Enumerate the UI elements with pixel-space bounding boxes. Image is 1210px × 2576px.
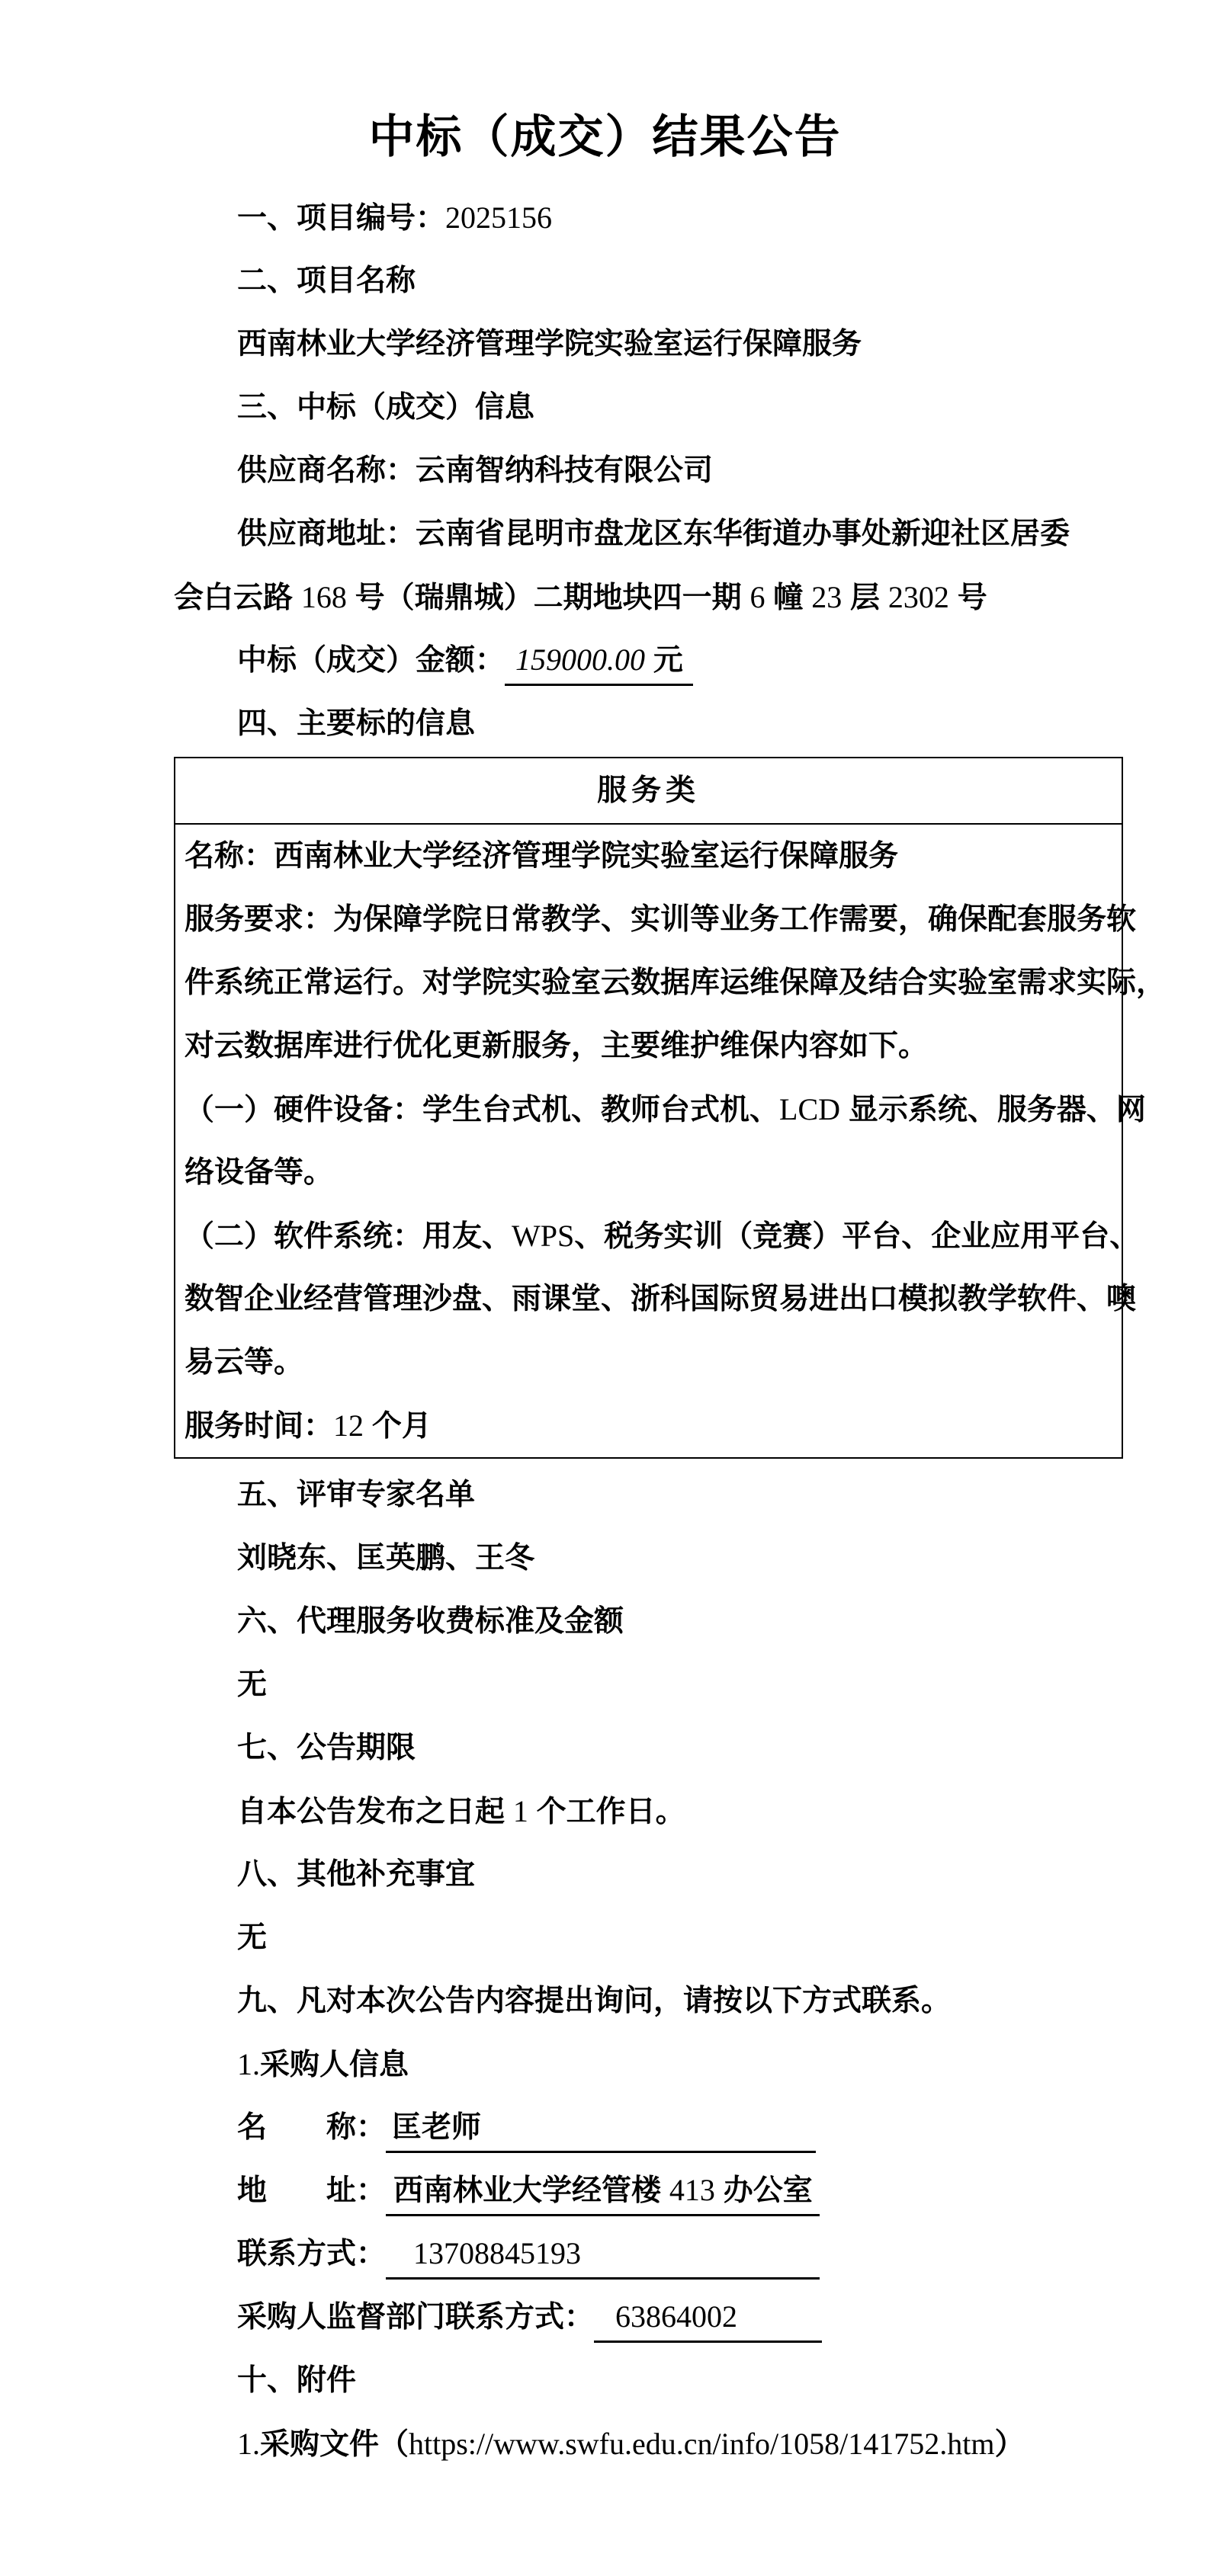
contact-phone-underline: 13708845193 [386,2231,820,2280]
text-segment: 23 [811,580,842,614]
text-segment: 2302 [888,580,949,614]
contact-address-underline: 西南林业大学经管楼 413 办公室 [386,2167,820,2216]
line-main-subject-heading: 四、主要标的信息 [174,692,1180,755]
table-line-software-1: （二）软件系统：用友、WPS、税务实训（竞赛）平台、企业应用平台、 [185,1204,1112,1267]
text-segment: 一、项目编号： [237,202,445,235]
text-segment: 五、评审专家名单 [237,1479,475,1511]
text-segment: 1. [237,2047,260,2081]
text-segment: 服务要求：为保障学院日常教学、实训等业务工作需要，确保配套服务软 [185,903,1136,936]
line-award-info-heading: 三、中标（成交）信息 [174,376,1180,439]
line-supplier-name: 供应商名称：云南智纳科技有限公司 [174,439,1180,502]
line-supervisor-phone: 采购人监督部门联系方式：63864002 [174,2286,1180,2349]
text-segment: 匡老师 [386,2111,481,2144]
table-line-hardware-2: 络设备等。 [185,1141,1112,1204]
line-contact-address: 地 址：西南林业大学经管楼 413 办公室 [174,2159,1180,2222]
text-segment: 6 [750,580,765,614]
table-body-cell: 名称：西南林业大学经济管理学院实验室运行保障服务服务要求：为保障学院日常教学、实… [175,825,1122,1457]
text-segment: 13708845193 [386,2236,581,2270]
text-segment: WPS [512,1219,574,1253]
text-segment: 号（瑞鼎城）二期地块四一期 [347,582,750,614]
table-line-requirement-1: 服务要求：为保障学院日常教学、实训等业务工作需要，确保配套服务软 [185,888,1112,951]
line-contact-name: 名 称：匡老师 [174,2096,1180,2159]
document-body-top: 一、项目编号：2025156二、项目名称西南林业大学经济管理学院实验室运行保障服… [174,186,1180,755]
text-segment: 无 [237,1668,267,1701]
text-segment: 采购文件（ [260,2428,409,2461]
line-other-matters-none: 无 [174,1906,1180,1969]
text-segment: ） [995,2428,1025,2461]
line-announcement-period-heading: 七、公告期限 [174,1716,1180,1780]
text-segment: 159000.00 [505,642,645,677]
text-segment: 个月 [364,1410,432,1443]
text-segment: 1 [513,1794,528,1828]
text-segment: 、税务实训（竞赛）平台、企业应用平台、 [574,1220,1139,1253]
table-header-cell: 服务类 [175,758,1122,825]
line-purchaser-info-heading: 1.采购人信息 [174,2033,1180,2096]
text-segment: 件系统正常运行。对学院实验室云数据库运维保障及结合实验室需求实际， [185,966,1166,999]
text-segment: 七、公告期限 [237,1732,416,1764]
table-line-requirement-2: 件系统正常运行。对学院实验室云数据库运维保障及结合实验室需求实际， [185,951,1112,1014]
line-agency-fee-heading: 六、代理服务收费标准及金额 [174,1590,1180,1653]
line-project-number: 一、项目编号：2025156 [174,186,1180,249]
text-segment: 地 址： [237,2174,386,2207]
line-contact-phone: 联系方式：13708845193 [174,2222,1180,2286]
text-segment: 易云等。 [185,1346,303,1379]
text-segment: 供应商地址：云南省昆明市盘龙区东华街道办事处新迎社区居委 [237,517,1070,550]
text-segment: （二）软件系统：用友、 [185,1220,512,1253]
text-segment: 络设备等。 [185,1156,333,1189]
text-segment: 二、项目名称 [237,264,416,297]
text-segment: 元 [645,644,683,677]
text-segment: 个工作日。 [528,1796,685,1828]
text-segment: 2025156 [445,200,552,235]
text-segment: 服务时间： [185,1410,333,1443]
text-segment: 名 称： [237,2111,386,2144]
text-segment: https://www.swfu.edu.cn/info/1058/141752… [409,2427,994,2461]
table-line-hardware-1: （一）硬件设备：学生台式机、教师台式机、LCD 显示系统、服务器、网 [185,1078,1112,1141]
table-line-software-3: 易云等。 [185,1331,1112,1394]
text-segment: 自本公告发布之日起 [237,1796,513,1828]
supervisor-phone-underline: 63864002 [594,2294,822,2343]
text-segment: 西南林业大学经管楼 [386,2174,669,2207]
page-title: 中标（成交）结果公告 [0,99,1210,175]
line-other-matters-heading: 八、其他补充事宜 [174,1843,1180,1906]
text-segment: 采购人监督部门联系方式： [237,2301,594,2334]
text-segment: 幢 [765,582,812,614]
text-segment: 九、凡对本次公告内容提出询问，请按以下方式联系。 [237,1985,951,2017]
line-supplier-address-1: 供应商地址：云南省昆明市盘龙区东华街道办事处新迎社区居委 [174,502,1180,566]
table-line-service-period: 服务时间：12 个月 [185,1394,1112,1457]
line-inquiry-heading: 九、凡对本次公告内容提出询问，请按以下方式联系。 [174,1969,1180,2033]
text-segment: 数智企业经营管理沙盘、雨课堂、浙科国际贸易进出口模拟教学软件、噢 [185,1283,1136,1315]
table-line-requirement-3: 对云数据库进行优化更新服务，主要维护维保内容如下。 [185,1014,1112,1078]
line-project-name: 西南林业大学经济管理学院实验室运行保障服务 [174,312,1180,376]
text-segment: 无 [237,1921,267,1954]
text-segment: 办公室 [715,2174,813,2207]
line-experts-names: 刘晓东、匡英鹏、王冬 [174,1527,1180,1590]
line-supplier-address-2: 会白云路 168 号（瑞鼎城）二期地块四一期 6 幢 23 层 2302 号 [174,566,1180,629]
text-segment: 1. [237,2427,260,2461]
text-segment: 名称：西南林业大学经济管理学院实验室运行保障服务 [185,840,898,873]
text-segment: 三、中标（成交）信息 [237,391,534,424]
text-segment: 中标（成交）金额： [237,644,505,677]
line-project-name-heading: 二、项目名称 [174,249,1180,312]
text-segment: （一）硬件设备：学生台式机、教师台式机、 [185,1094,779,1126]
line-announcement-period: 自本公告发布之日起 1 个工作日。 [174,1780,1180,1843]
text-segment: 63864002 [594,2299,737,2334]
text-segment: 采购人信息 [260,2049,409,2081]
award-amount-underline: 159000.00 元 [505,637,693,686]
text-segment: 六、代理服务收费标准及金额 [237,1605,624,1638]
line-attachment-heading: 十、附件 [174,2349,1180,2412]
table-line-name: 名称：西南林业大学经济管理学院实验室运行保障服务 [185,825,1112,888]
text-segment: 12 [333,1408,364,1443]
text-segment: 十、附件 [237,2364,356,2397]
text-segment: 供应商名称：云南智纳科技有限公司 [237,454,713,487]
text-segment: 西南林业大学经济管理学院实验室运行保障服务 [237,328,862,360]
text-segment: 八、其他补充事宜 [237,1858,475,1891]
text-segment: 层 [842,582,888,614]
table-line-software-2: 数智企业经营管理沙盘、雨课堂、浙科国际贸易进出口模拟教学软件、噢 [185,1267,1112,1331]
text-segment: 对云数据库进行优化更新服务，主要维护维保内容如下。 [185,1030,928,1062]
text-segment: 号 [949,582,987,614]
text-segment: LCD [779,1092,840,1126]
line-experts-heading: 五、评审专家名单 [174,1463,1180,1527]
line-agency-fee-none: 无 [174,1653,1180,1716]
text-segment: 会白云路 [174,582,301,614]
text-segment: 413 [669,2173,715,2207]
document-body-bottom: 五、评审专家名单刘晓东、匡英鹏、王冬六、代理服务收费标准及金额无七、公告期限自本… [174,1463,1180,2475]
text-segment: 四、主要标的信息 [237,707,475,740]
text-segment: 联系方式： [237,2238,386,2270]
main-info-table: 服务类 名称：西南林业大学经济管理学院实验室运行保障服务服务要求：为保障学院日常… [174,757,1123,1459]
document-page: 中标（成交）结果公告 一、项目编号：2025156二、项目名称西南林业大学经济管… [0,0,1210,2576]
text-segment: 显示系统、服务器、网 [840,1094,1146,1126]
contact-name-underline: 匡老师 [386,2106,816,2153]
line-attachment-file: 1.采购文件（https://www.swfu.edu.cn/info/1058… [174,2412,1180,2475]
line-award-amount: 中标（成交）金额：159000.00 元 [174,629,1180,692]
text-segment: 168 [301,580,347,614]
text-segment: 刘晓东、匡英鹏、王冬 [237,1542,534,1575]
